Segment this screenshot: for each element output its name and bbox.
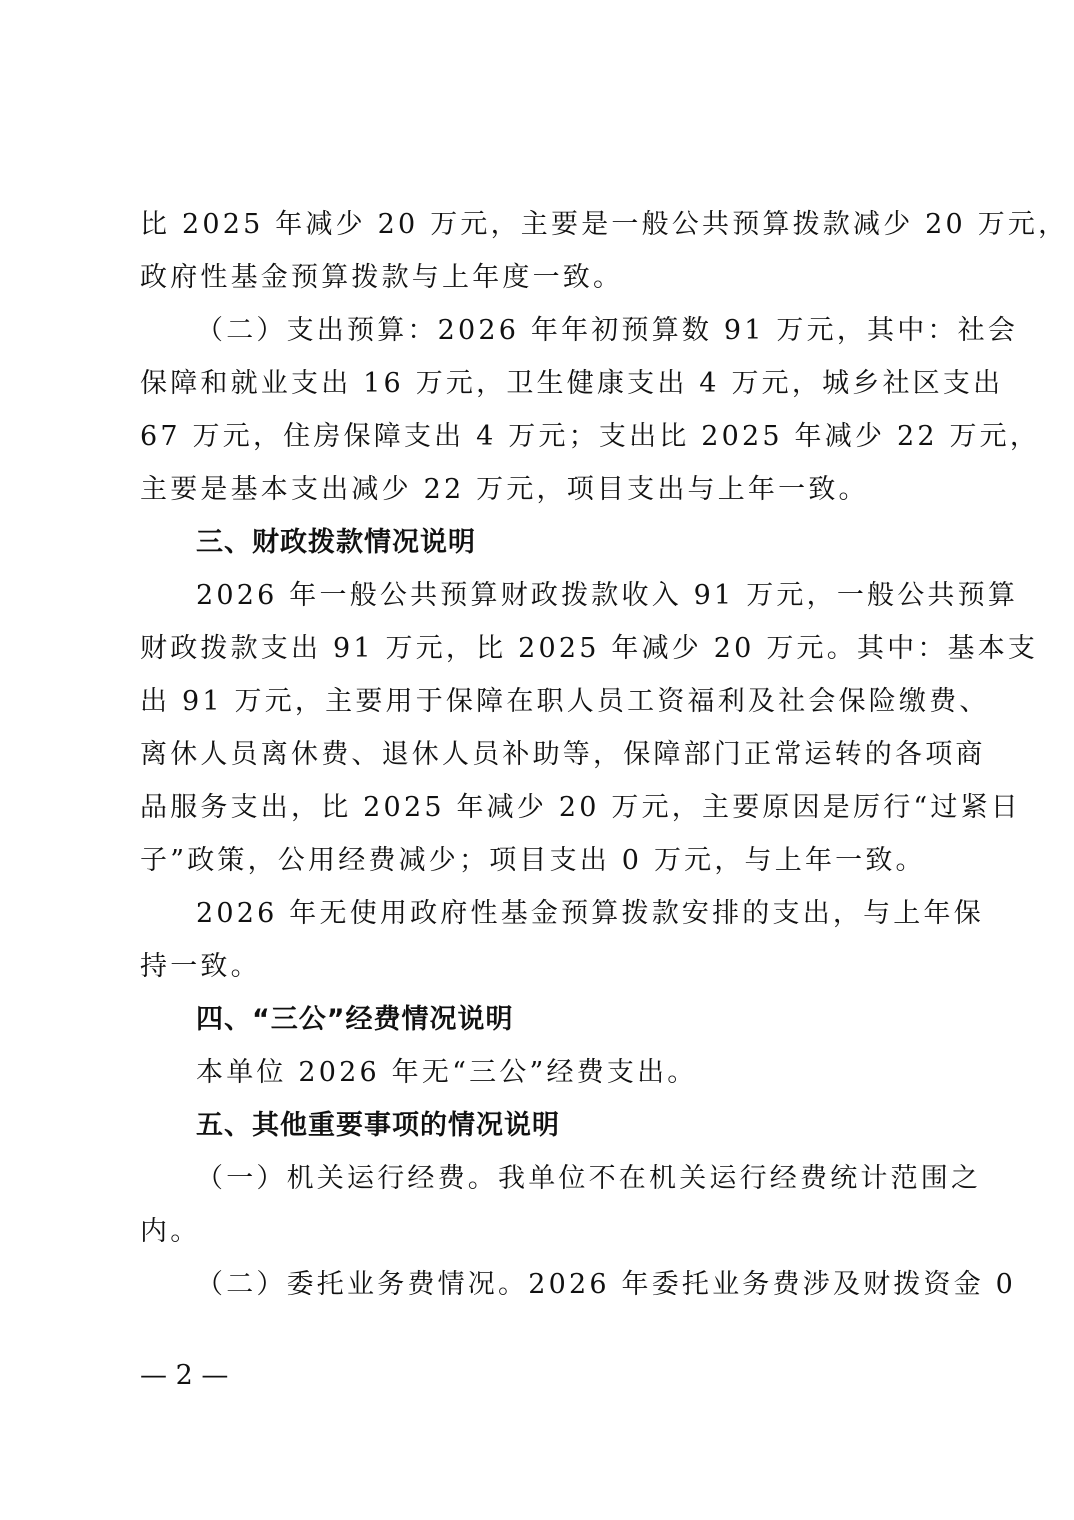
- operating-expenses-paragraph: （一）机关运行经费。我单位不在机关运行经费统计范围之: [196, 1161, 940, 1197]
- three-public-expenses-paragraph: 本单位 2026 年无“三公”经费支出。: [196, 1055, 940, 1091]
- commissioned-business-paragraph: （二）委托业务费情况。2026 年委托业务费涉及财拨资金 0: [196, 1267, 940, 1303]
- section-heading-other-matters: 五、其他重要事项的情况说明: [196, 1108, 940, 1144]
- paragraph-line: 品服务支出，比 2025 年减少 20 万元，主要原因是厉行“过紧日: [140, 790, 940, 826]
- paragraph-line: 财政拨款支出 91 万元，比 2025 年减少 20 万元。其中：基本支: [140, 631, 940, 667]
- expenditure-budget-paragraph: （二）支出预算：2026 年年初预算数 91 万元，其中：社会: [196, 313, 940, 349]
- page-number: — 2 —: [140, 1358, 228, 1394]
- paragraph-line: 主要是基本支出减少 22 万元，项目支出与上年一致。: [140, 472, 940, 508]
- government-fund-paragraph: 2026 年无使用政府性基金预算拨款安排的支出，与上年保: [196, 896, 940, 932]
- paragraph-line: 保障和就业支出 16 万元，卫生健康支出 4 万元，城乡社区支出: [140, 366, 940, 402]
- paragraph-line: 出 91 万元，主要用于保障在职人员工资福利及社会保险缴费、: [140, 684, 940, 720]
- section-heading-three-public-expenses: 四、“三公”经费情况说明: [196, 1002, 940, 1038]
- paragraph-line: 政府性基金预算拨款与上年度一致。: [140, 260, 940, 296]
- section-heading-fiscal-appropriation: 三、财政拨款情况说明: [196, 525, 940, 561]
- paragraph-line: 离休人员离休费、退休人员补助等，保障部门正常运转的各项商: [140, 737, 940, 773]
- paragraph-line: 子”政策，公用经费减少；项目支出 0 万元，与上年一致。: [140, 843, 940, 879]
- paragraph-line: 比 2025 年减少 20 万元，主要是一般公共预算拨款减少 20 万元，: [140, 207, 940, 243]
- fiscal-appropriation-paragraph: 2026 年一般公共预算财政拨款收入 91 万元，一般公共预算: [196, 578, 940, 614]
- paragraph-line: 内。: [140, 1214, 940, 1250]
- paragraph-line: 67 万元，住房保障支出 4 万元；支出比 2025 年减少 22 万元，: [140, 419, 940, 455]
- paragraph-line: 持一致。: [140, 949, 940, 985]
